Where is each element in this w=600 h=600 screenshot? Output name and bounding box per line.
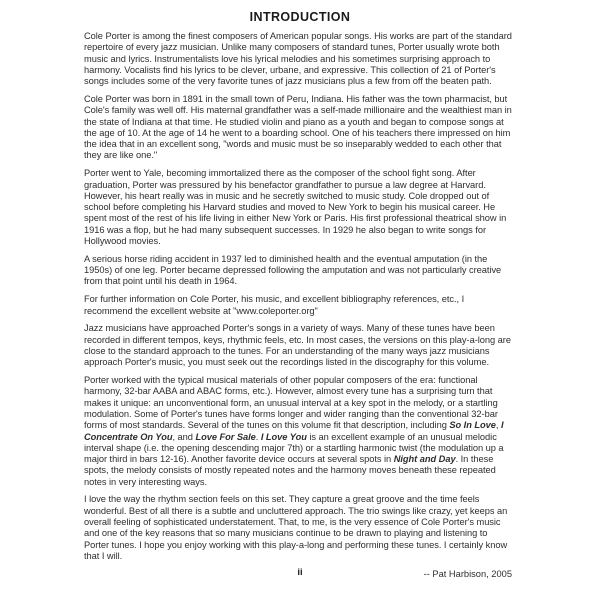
text-segment: Jazz musicians have approached Porter's … <box>84 323 511 367</box>
text-segment: A serious horse riding accident in 1937 … <box>84 254 501 287</box>
paragraph: I love the way the rhythm section feels … <box>84 494 512 562</box>
text-segment: Cole Porter is among the finest composer… <box>84 31 512 86</box>
document-page: INTRODUCTION Cole Porter is among the fi… <box>0 0 600 600</box>
paragraph: A serious horse riding accident in 1937 … <box>84 254 512 288</box>
text-segment: I love the way the rhythm section feels … <box>84 494 507 560</box>
text-segment: , and <box>172 432 195 442</box>
page-title: INTRODUCTION <box>0 10 600 24</box>
song-title: Night and Day <box>394 454 456 464</box>
page-number: ii <box>0 567 600 578</box>
paragraphs: Cole Porter is among the finest composer… <box>84 31 512 562</box>
song-title: Love For Sale <box>195 432 255 442</box>
song-title: So In Love <box>449 420 496 430</box>
paragraph: Cole Porter was born in 1891 in the smal… <box>84 94 512 162</box>
paragraph: Porter went to Yale, becoming immortaliz… <box>84 168 512 247</box>
text-segment: For further information on Cole Porter, … <box>84 294 464 315</box>
paragraph: Porter worked with the typical musical m… <box>84 375 512 488</box>
paragraph: For further information on Cole Porter, … <box>84 294 512 317</box>
text-segment: Cole Porter was born in 1891 in the smal… <box>84 94 512 160</box>
text-segment: Porter went to Yale, becoming immortaliz… <box>84 168 506 246</box>
paragraph: Jazz musicians have approached Porter's … <box>84 323 512 368</box>
song-title: I Love You <box>261 432 307 442</box>
paragraph: Cole Porter is among the finest composer… <box>84 31 512 87</box>
text-segment: Porter worked with the typical musical m… <box>84 375 498 430</box>
